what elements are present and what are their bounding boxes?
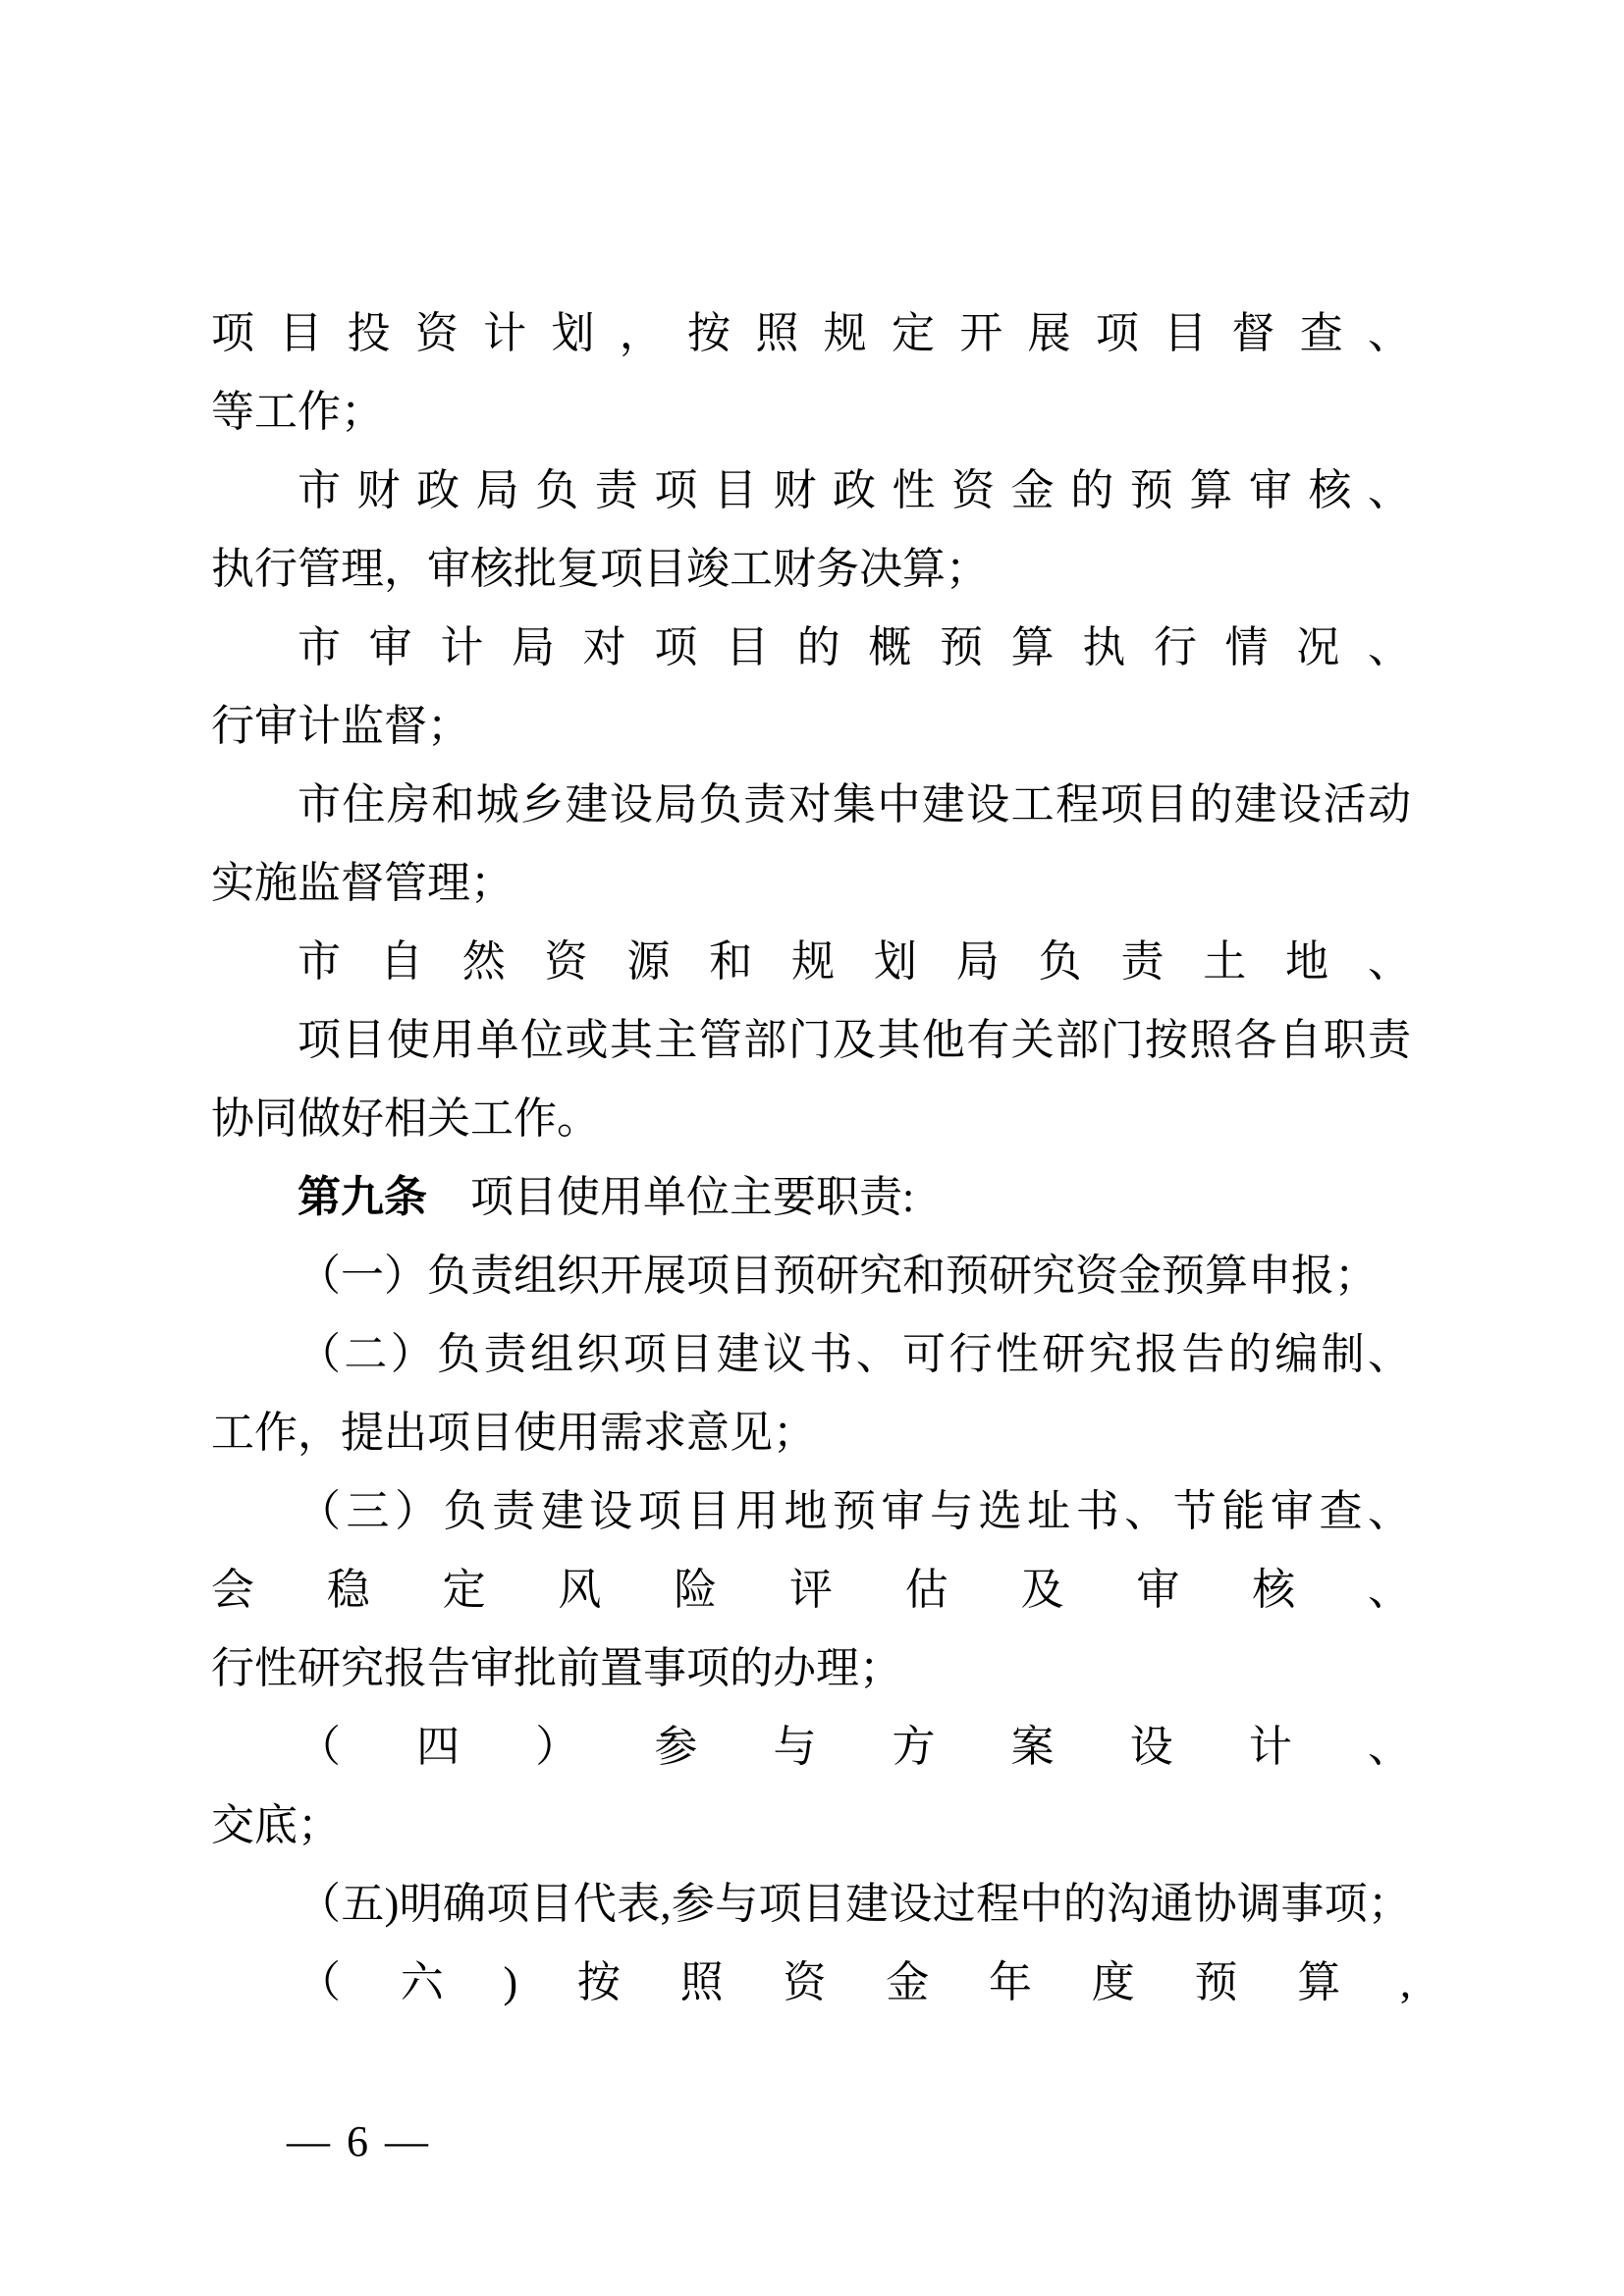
text-line: 实施监督管理； [211,844,1411,923]
document-body: 项目投资计划，按照规定开展项目督查、综合验收及项目后评价等工作；市财政局负责项目… [211,294,1411,2022]
text-line: 市财政局负责项目财政性资金的预算审核、年度预算安排和 [211,452,1411,530]
text-line: （四）参与方案设计、初步设计及概算的编制和施工图设计 [211,1708,1411,1787]
text-line: 项目投资计划，按照规定开展项目督查、综合验收及项目后评价 [211,294,1411,373]
text-line: （五)明确项目代表,参与项目建设过程中的沟通协调事项； [211,1865,1411,1944]
text-line: 项目使用单位或其主管部门及其他有关部门按照各自职责 [211,1001,1411,1080]
text-line: 等工作； [211,373,1411,452]
text-line: （二）负责组织项目建议书、可行性研究报告的编制、报批 [211,1315,1411,1394]
line-text: 项目使用单位主要职责: [427,1173,914,1221]
text-line: 交底； [211,1787,1411,1865]
text-line: 协同做好相关工作。 [211,1080,1411,1158]
page-number: — 6 — [287,2117,431,2165]
text-line: 执行管理，审核批复项目竣工财务决算； [211,530,1411,609]
text-line: 行性研究报告审批前置事项的办理； [211,1629,1411,1708]
text-line: 工作，提出项目使用需求意见； [211,1394,1411,1472]
text-line: （六)按照资金年度预算,负责建设项目资金筹措并及时拨付； [211,1944,1411,2022]
text-line: 会稳定风险评估及审核、航道通航条件影响评价等国家规定的可 [211,1551,1411,1629]
text-line: 市审计局对项目的概预算执行情况、工程结算和竣工决算进 [211,609,1411,687]
text-line: 第九条 项目使用单位主要职责: [211,1158,1411,1237]
text-line: 市住房和城乡建设局负责对集中建设工程项目的建设活动 [211,766,1411,844]
text-line: （一）负责组织开展项目预研究和预研究资金预算申报； [211,1237,1411,1315]
text-line: （三）负责建设项目用地预审与选址书、节能审查、项目社 [211,1472,1411,1551]
page: 项目投资计划，按照规定开展项目督查、综合验收及项目后评价等工作；市财政局负责项目… [0,0,1624,2296]
page-footer: — 6 — [232,2059,431,2224]
text-line: 市自然资源和规划局负责土地、规划及不动产登记管理等工作； [211,923,1411,1001]
article-number: 第九条 [298,1173,427,1221]
text-line: 行审计监督； [211,687,1411,766]
